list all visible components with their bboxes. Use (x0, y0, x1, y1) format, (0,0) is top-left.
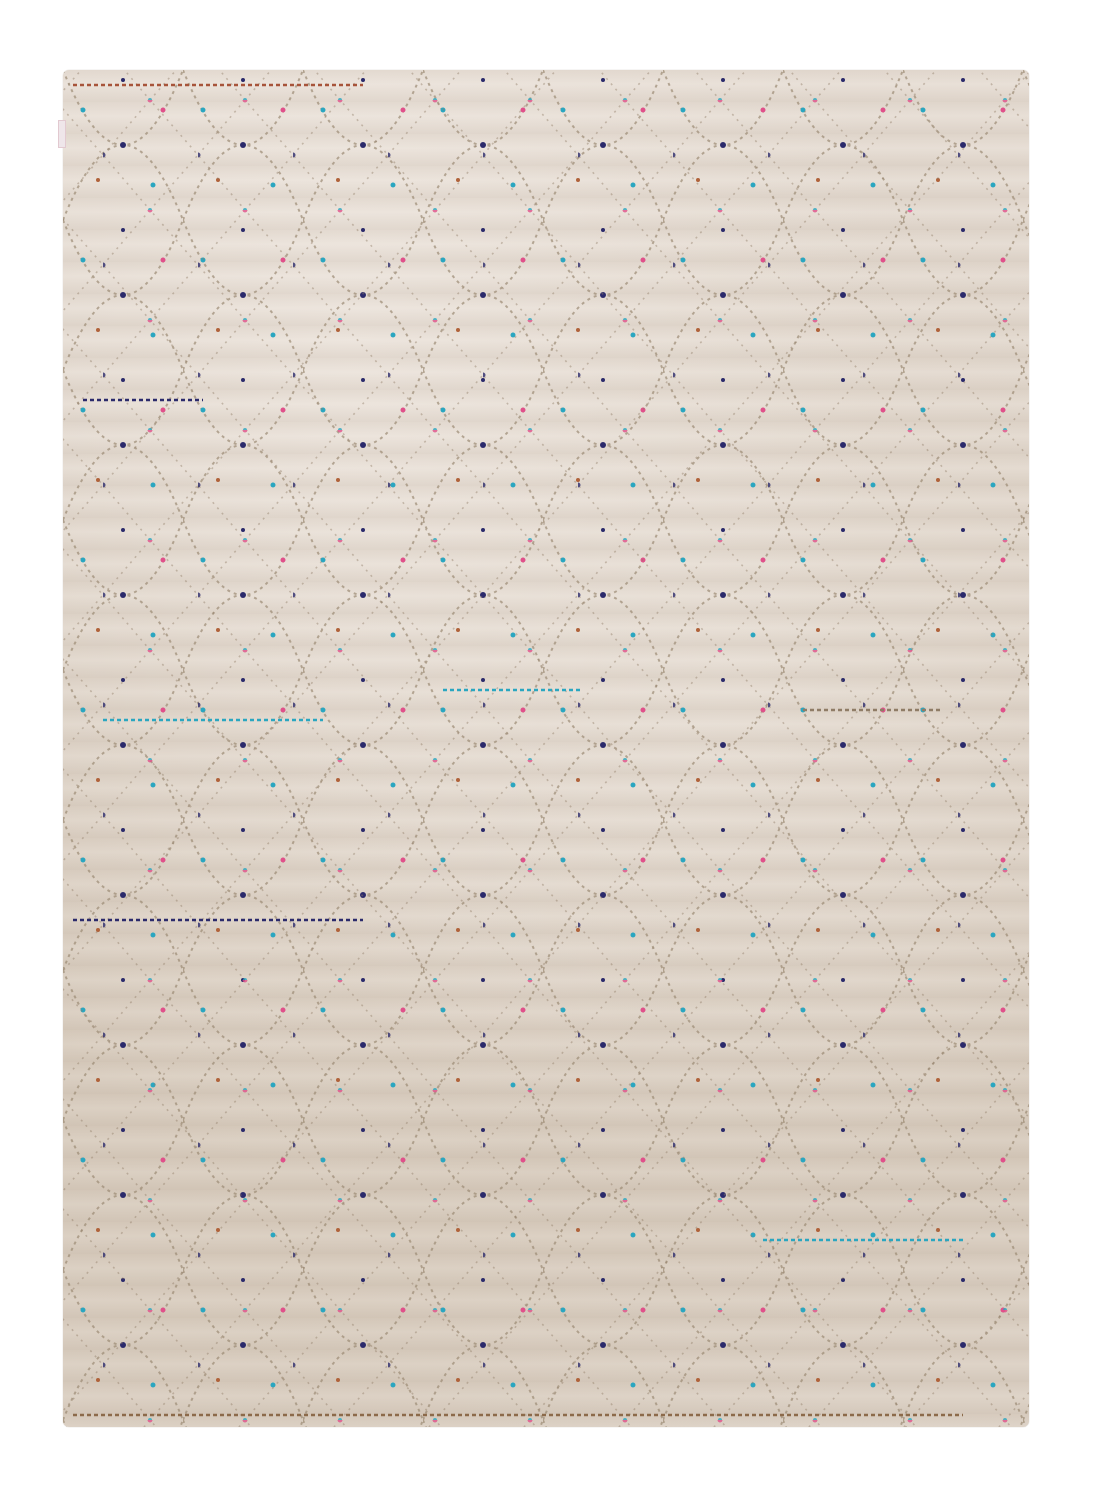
rug-label-tag (58, 120, 66, 148)
rug-trellis-pattern (63, 70, 1029, 1427)
rug (63, 70, 1029, 1427)
